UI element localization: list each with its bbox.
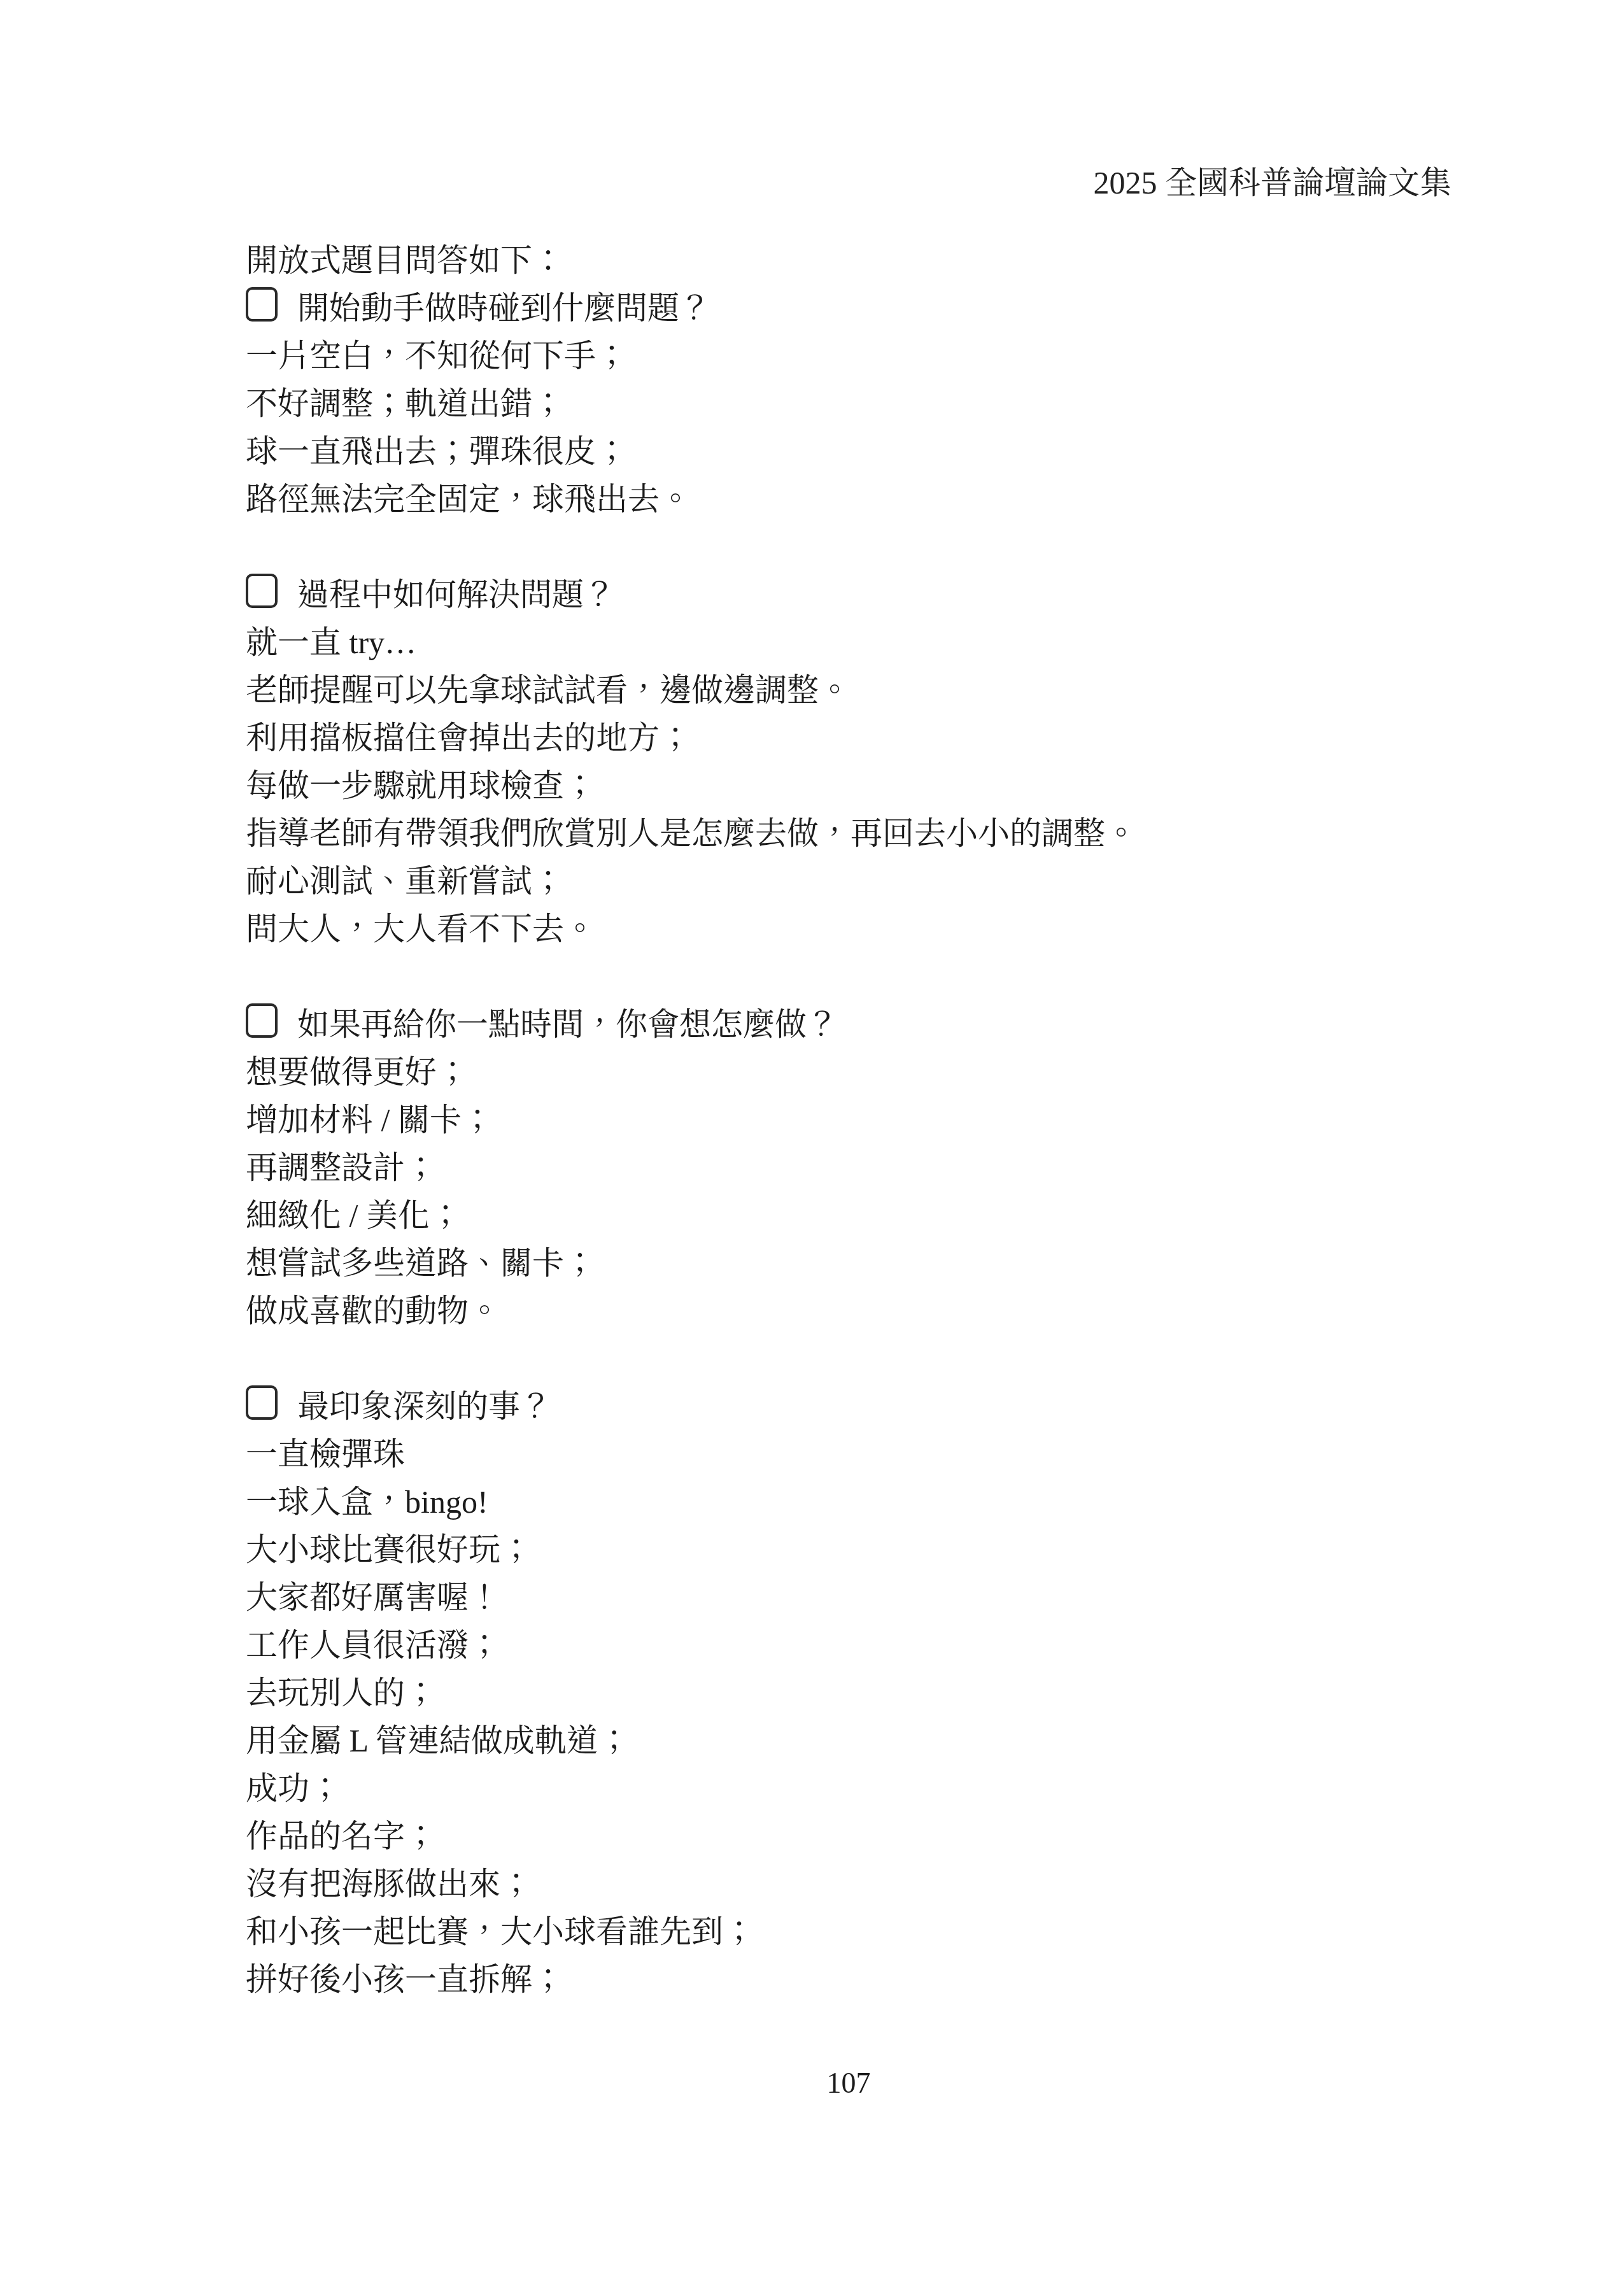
answer-line: 利用擋板擋住會掉出去的地方； [246,714,1455,762]
checkbox-icon [246,1003,278,1038]
qa-section-4: 最印象深刻的事？ 一直檢彈珠 一球入盒，bingo! 大小球比賽很好玩； 大家都… [246,1383,1455,2004]
answer-line: 一直檢彈珠 [246,1431,1455,1478]
answer-line: 和小孩一起比賽，大小球看誰先到； [246,1908,1455,1956]
answer-line: 去玩別人的； [246,1669,1455,1717]
question-line: 如果再給你一點時間，你會想怎麼做？ [246,1001,1455,1049]
question-line: 開始動手做時碰到什麼問題？ [246,285,1455,332]
answer-line: 想嘗試多些道路、關卡； [246,1240,1455,1287]
answer-line: 再調整設計； [246,1144,1455,1192]
qa-section-2: 過程中如何解決問題？ 就一直 try… 老師提醒可以先拿球試試看，邊做邊調整。 … [246,571,1455,953]
question-text: 開始動手做時碰到什麼問題？ [297,290,711,326]
answer-line: 大家都好厲害喔！ [246,1574,1455,1622]
qa-section-3: 如果再給你一點時間，你會想怎麼做？ 想要做得更好； 增加材料 / 關卡； 再調整… [246,1001,1455,1335]
answer-line: 就一直 try… [246,619,1455,667]
intro-line: 開放式題目問答如下： [246,237,1455,285]
question-text: 如果再給你一點時間，你會想怎麼做？ [297,1007,838,1042]
checkbox-icon [246,287,278,322]
answer-line: 作品的名字； [246,1813,1455,1860]
answer-line: 問大人，大人看不下去。 [246,905,1455,953]
answer-line: 每做一步驟就用球檢查； [246,762,1455,810]
answer-line: 大小球比賽很好玩； [246,1526,1455,1574]
page-content: 開放式題目問答如下： 開始動手做時碰到什麼問題？ 一片空白，不知從何下手； 不好… [246,237,1455,2004]
question-text: 最印象深刻的事？ [297,1389,552,1424]
answer-line: 路徑無法完全固定，球飛出去。 [246,476,1455,523]
answer-line: 指導老師有帶領我們欣賞別人是怎麼去做，再回去小小的調整。 [246,810,1455,858]
answer-line: 成功； [246,1765,1455,1813]
checkbox-icon [246,574,278,608]
answer-line: 耐心測試、重新嘗試； [246,858,1455,905]
answer-line: 球一直飛出去；彈珠很皮； [246,428,1455,476]
answer-line: 不好調整；軌道出錯； [246,380,1455,428]
answer-line: 拼好後小孩一直拆解； [246,1956,1455,2004]
running-header: 2025 全國科普論壇論文集 [1094,163,1452,202]
answer-line: 一球入盒，bingo! [246,1478,1455,1526]
answer-line: 做成喜歡的動物。 [246,1287,1455,1335]
answer-line: 工作人員很活潑； [246,1622,1455,1669]
answer-line: 想要做得更好； [246,1049,1455,1096]
document-page: 2025 全國科普論壇論文集 開放式題目問答如下： 開始動手做時碰到什麼問題？ … [0,0,1624,2278]
qa-section-1: 開始動手做時碰到什麼問題？ 一片空白，不知從何下手； 不好調整；軌道出錯； 球一… [246,285,1455,523]
answer-line: 細緻化 / 美化； [246,1192,1455,1240]
question-line: 過程中如何解決問題？ [246,571,1455,619]
answer-line: 沒有把海豚做出來； [246,1860,1455,1908]
answer-line: 用金屬 L 管連結做成軌道； [246,1717,1455,1765]
answer-line: 老師提醒可以先拿球試試看，邊做邊調整。 [246,667,1455,714]
answer-line: 一片空白，不知從何下手； [246,332,1455,380]
question-line: 最印象深刻的事？ [246,1383,1455,1431]
answer-line: 增加材料 / 關卡； [246,1096,1455,1144]
checkbox-icon [246,1385,278,1420]
page-number: 107 [246,2065,1451,2101]
question-text: 過程中如何解決問題？ [297,577,616,612]
